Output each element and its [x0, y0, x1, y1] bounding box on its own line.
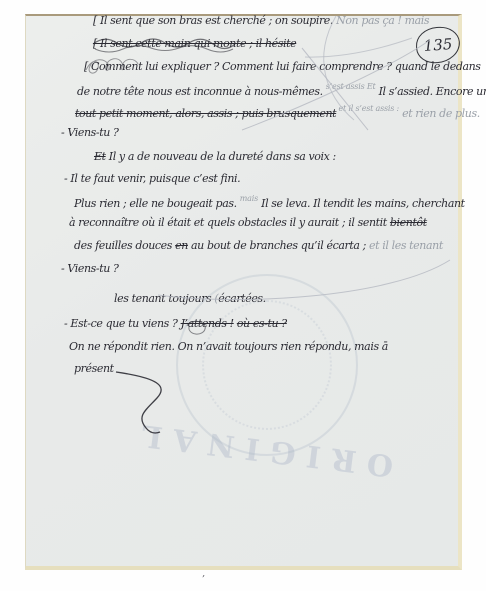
text-segment: tout petit moment, alors, assis ; puis b… [75, 107, 336, 120]
text-segment: en [175, 239, 188, 252]
text-segment: - Est-ce que tu viens ? [64, 317, 181, 330]
text-line: On ne répondit rien. On n’avait toujours… [69, 340, 388, 353]
text-segment: et il les tenant [369, 239, 443, 252]
text-line: Plus rien ; elle ne bougeait pas. mais I… [74, 194, 465, 210]
text-segment: à reconnaître où il était et quels obsta… [69, 216, 390, 229]
manuscript-lines: [ Il sent que son bras est cherché ; on … [0, 0, 486, 591]
text-segment: Plus rien ; elle ne bougeait pas. [74, 197, 240, 210]
text-segment: où es-tu ? [237, 317, 287, 330]
text-line: présent [74, 362, 114, 375]
page-number: 135 [423, 35, 453, 55]
text-line: - Il te faut venir, puisque c’est fini. [64, 172, 240, 185]
text-segment: les tenant toujours [114, 292, 214, 305]
text-segment: des feuilles douces [74, 239, 175, 252]
text-line: à reconnaître où il était et quels obsta… [69, 216, 427, 229]
text-segment: Il s’assied. Encore un [375, 85, 486, 98]
text-line: - Viens-tu ? [61, 262, 119, 275]
text-segment: mais [240, 194, 258, 203]
text-line: [ Il sent que son bras est cherché ; on … [93, 14, 429, 27]
text-segment: bientôt [390, 216, 427, 229]
text-segment: au bout de branches qu’il écarta ; [188, 239, 369, 252]
text-segment: et rien de plus. [399, 107, 480, 120]
text-segment: Il se leva. Il tendit les mains, chercha… [258, 197, 465, 210]
text-segment: - Viens-tu ? [61, 262, 119, 275]
text-segment: [ Il sent que son bras est cherché ; on … [93, 14, 336, 27]
text-segment: - Il te faut venir, puisque c’est fini. [64, 172, 240, 185]
text-line: tout petit moment, alors, assis ; puis b… [75, 104, 480, 120]
text-segment: Il y a de nouveau de la dureté dans sa v… [106, 150, 336, 163]
text-segment: Non pas ça ! mais [336, 14, 429, 27]
text-segment: J’attends ! [181, 317, 234, 330]
text-segment: - Viens-tu ? [61, 126, 119, 139]
text-line: Et Il y a de nouveau de la dureté dans s… [94, 150, 336, 163]
text-line: - Viens-tu ? [61, 126, 119, 139]
text-segment: écartées. [218, 292, 265, 305]
text-segment: [ Comment lui expliquer ? Comment lui fa… [84, 60, 481, 73]
text-segment: [ Il sent cette main qui monte ; il hési… [93, 37, 296, 50]
text-segment: et il s’est assis : [336, 104, 399, 113]
text-segment: de notre tête nous est inconnue à nous-m… [77, 85, 326, 98]
text-line: [ Il sent cette main qui monte ; il hési… [93, 37, 296, 50]
text-line: de notre tête nous est inconnue à nous-m… [77, 82, 486, 98]
footer-mark: ’ [202, 575, 205, 585]
text-segment: Et [94, 150, 106, 163]
text-segment: On ne répondit rien. On n’avait toujours… [69, 340, 388, 353]
text-line: - Est-ce que tu viens ? J’attends ! où e… [64, 317, 287, 330]
text-line: les tenant toujours (écartées. [114, 292, 266, 305]
text-segment: présent [74, 362, 114, 375]
text-line: [ Comment lui expliquer ? Comment lui fa… [84, 60, 481, 73]
text-line: des feuilles douces en au bout de branch… [74, 239, 443, 252]
text-segment: s’est assis Et [326, 82, 376, 91]
